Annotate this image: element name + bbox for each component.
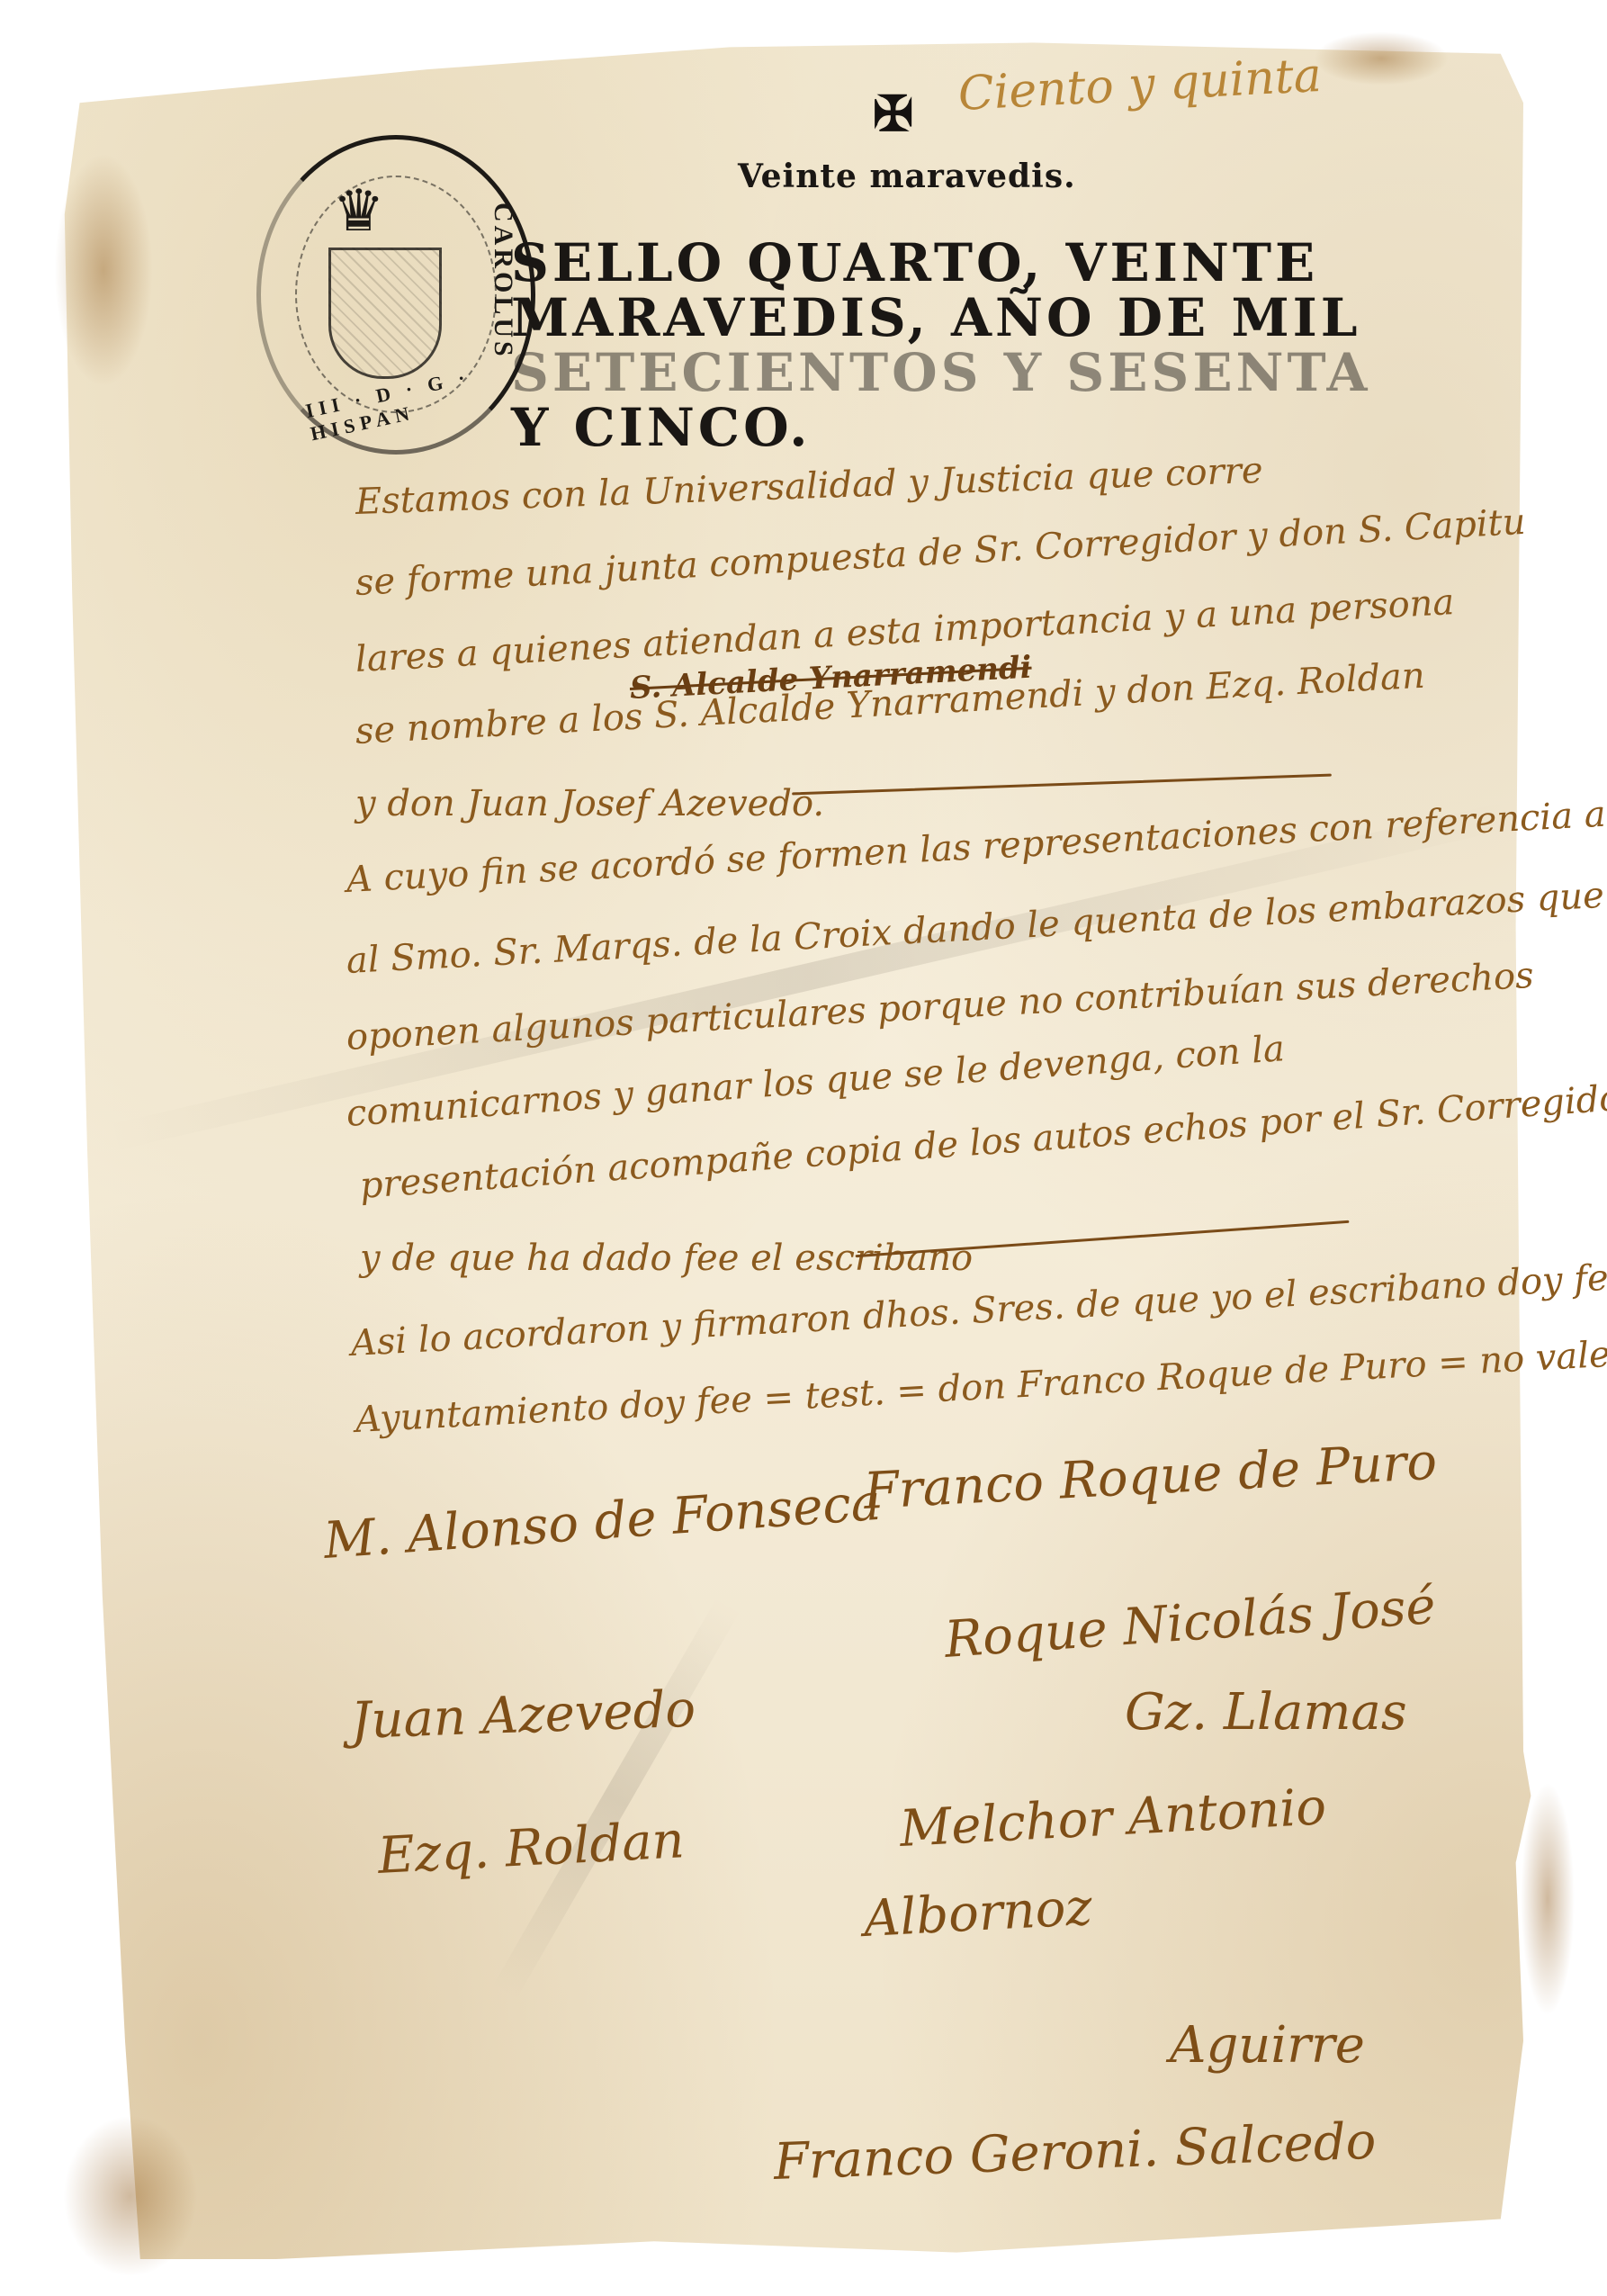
body-line: y don Juan Josef Azevedo. — [355, 783, 824, 824]
signature: Gz. Llamas — [1125, 1683, 1407, 1742]
cross-icon: ✠ — [873, 86, 913, 142]
body-line: y de que ha dado fee el escribano — [360, 1238, 973, 1279]
edge-stain — [1521, 1782, 1575, 2016]
coat-of-arms-icon — [328, 248, 442, 379]
royal-seal-stamp: ♛ CAROLUS III · D · G · HISPAN — [256, 135, 535, 455]
signature: Aguirre — [1170, 2016, 1365, 2075]
stamp-line: Sello quarto, veinte — [511, 236, 1411, 291]
edge-stain — [63, 2115, 198, 2277]
stamp-line: y cinco. — [511, 401, 1411, 455]
stamp-value: Veinte maravedis. — [738, 158, 1076, 195]
signature: Albornoz — [862, 1878, 1093, 1949]
stamp-line: setecientos y sesenta — [511, 346, 1411, 401]
edge-stain — [1314, 32, 1449, 86]
crown-icon: ♛ — [333, 183, 384, 240]
stamp-text: Sello quarto, veinte maravedis, año de m… — [511, 236, 1411, 455]
edge-stain — [54, 153, 153, 387]
stamp-line: maravedis, año de mil — [511, 291, 1411, 346]
signature: Juan Azevedo — [350, 1680, 696, 1751]
